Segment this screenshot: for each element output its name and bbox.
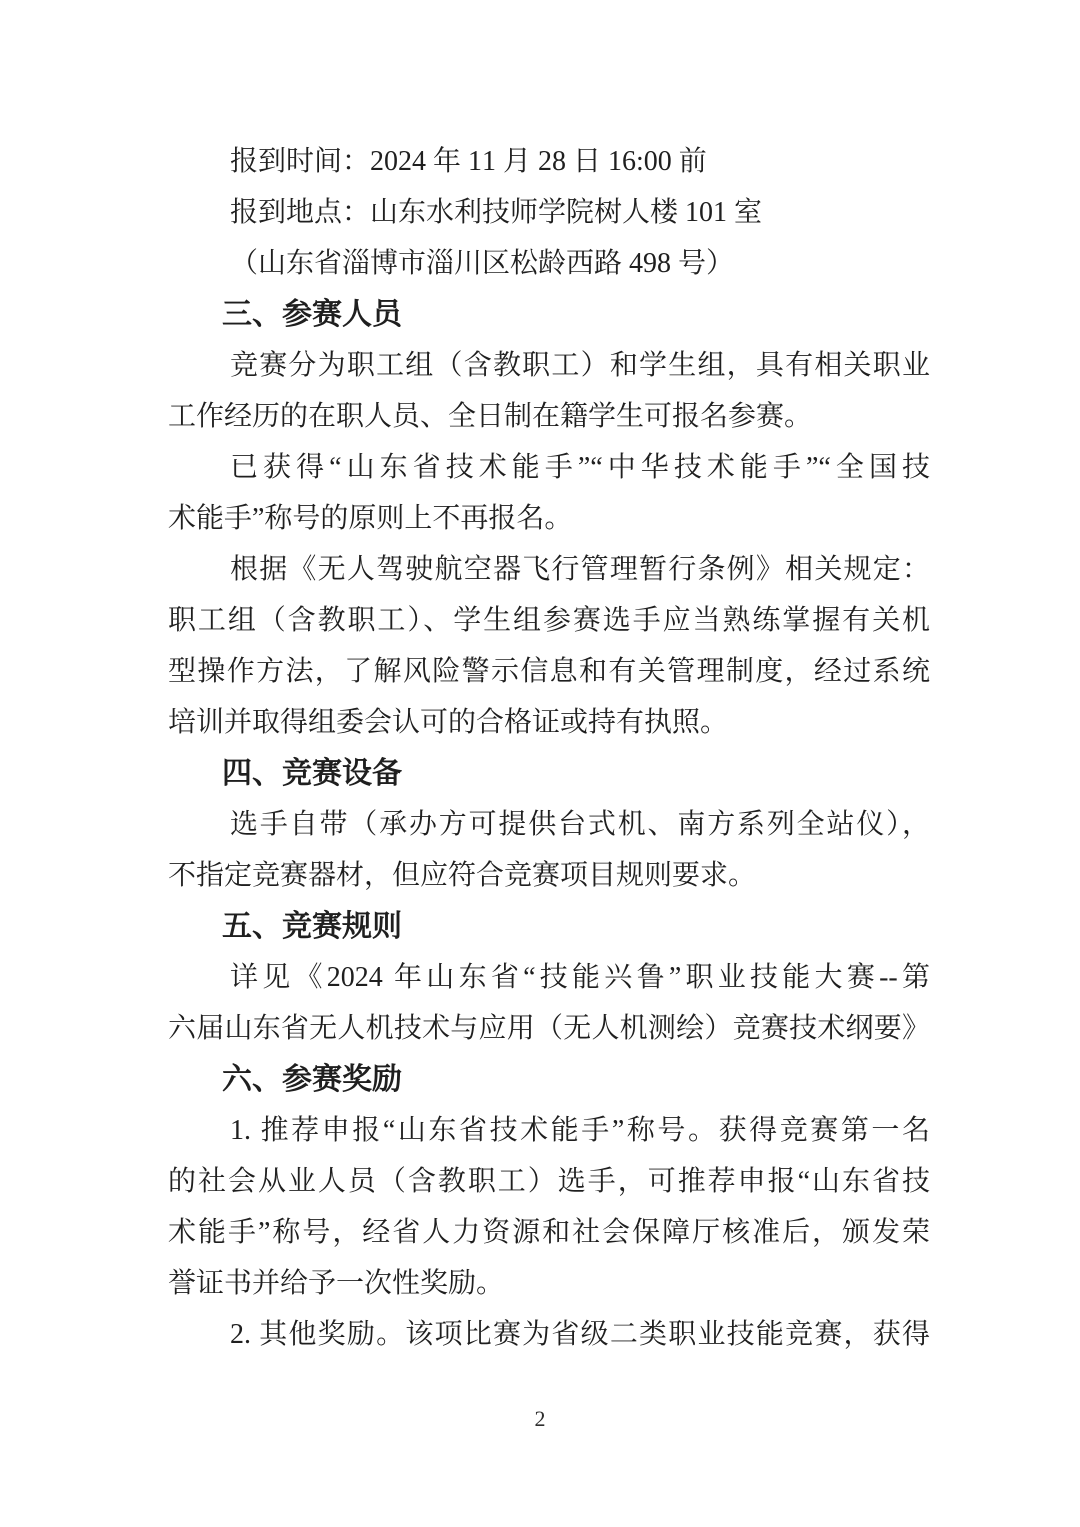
text-line: 术能手”称号，经省人力资源和社会保障厅核准后，颁发荣 [168, 1207, 930, 1258]
text-line-address: （山东省淄博市淄川区松龄西路 498 号） [168, 238, 930, 289]
page-number: 2 [0, 1404, 1080, 1434]
text-line: 术能手”称号的原则上不再报名。 [168, 493, 930, 544]
text-line: 誉证书并给予一次性奖励。 [168, 1258, 930, 1309]
text-line: 已获得“山东省技术能手”“中华技术能手”“全国技 [168, 442, 930, 493]
section-heading-participants: 三、参赛人员 [168, 289, 930, 340]
text-line: 1. 推荐申报“山东省技术能手”称号。获得竞赛第一名 [168, 1105, 930, 1156]
text-line: 工作经历的在职人员、全日制在籍学生可报名参赛。 [168, 391, 930, 442]
text-line: 培训并取得组委会认可的合格证或持有执照。 [168, 697, 930, 748]
text-line: 2. 其他奖励。该项比赛为省级二类职业技能竞赛，获得 [168, 1309, 930, 1360]
section-heading-awards: 六、参赛奖励 [168, 1054, 930, 1105]
text-line: 型操作方法，了解风险警示信息和有关管理制度，经过系统 [168, 646, 930, 697]
document-body: 报到时间：2024 年 11 月 28 日 16:00 前 报到地点：山东水利技… [168, 136, 930, 1360]
text-line: 详见《2024 年山东省“技能兴鲁”职业技能大赛--第 [168, 952, 930, 1003]
text-line: 职工组（含教职工）、学生组参赛选手应当熟练掌握有关机 [168, 595, 930, 646]
text-line: 选手自带（承办方可提供台式机、南方系列全站仪）， [168, 799, 930, 850]
text-line: 的社会从业人员（含教职工）选手，可推荐申报“山东省技 [168, 1156, 930, 1207]
document-page: 报到时间：2024 年 11 月 28 日 16:00 前 报到地点：山东水利技… [0, 0, 1080, 1527]
text-line: 根据《无人驾驶航空器飞行管理暂行条例》相关规定： [168, 544, 930, 595]
text-line: 六届山东省无人机技术与应用（无人机测绘）竞赛技术纲要》 [168, 1003, 930, 1054]
text-line-checkin-place: 报到地点：山东水利技师学院树人楼 101 室 [168, 187, 930, 238]
section-heading-equipment: 四、竞赛设备 [168, 748, 930, 799]
section-heading-rules: 五、竞赛规则 [168, 901, 930, 952]
text-line-checkin-time: 报到时间：2024 年 11 月 28 日 16:00 前 [168, 136, 930, 187]
text-line: 不指定竞赛器材，但应符合竞赛项目规则要求。 [168, 850, 930, 901]
text-line: 竞赛分为职工组（含教职工）和学生组，具有相关职业 [168, 340, 930, 391]
